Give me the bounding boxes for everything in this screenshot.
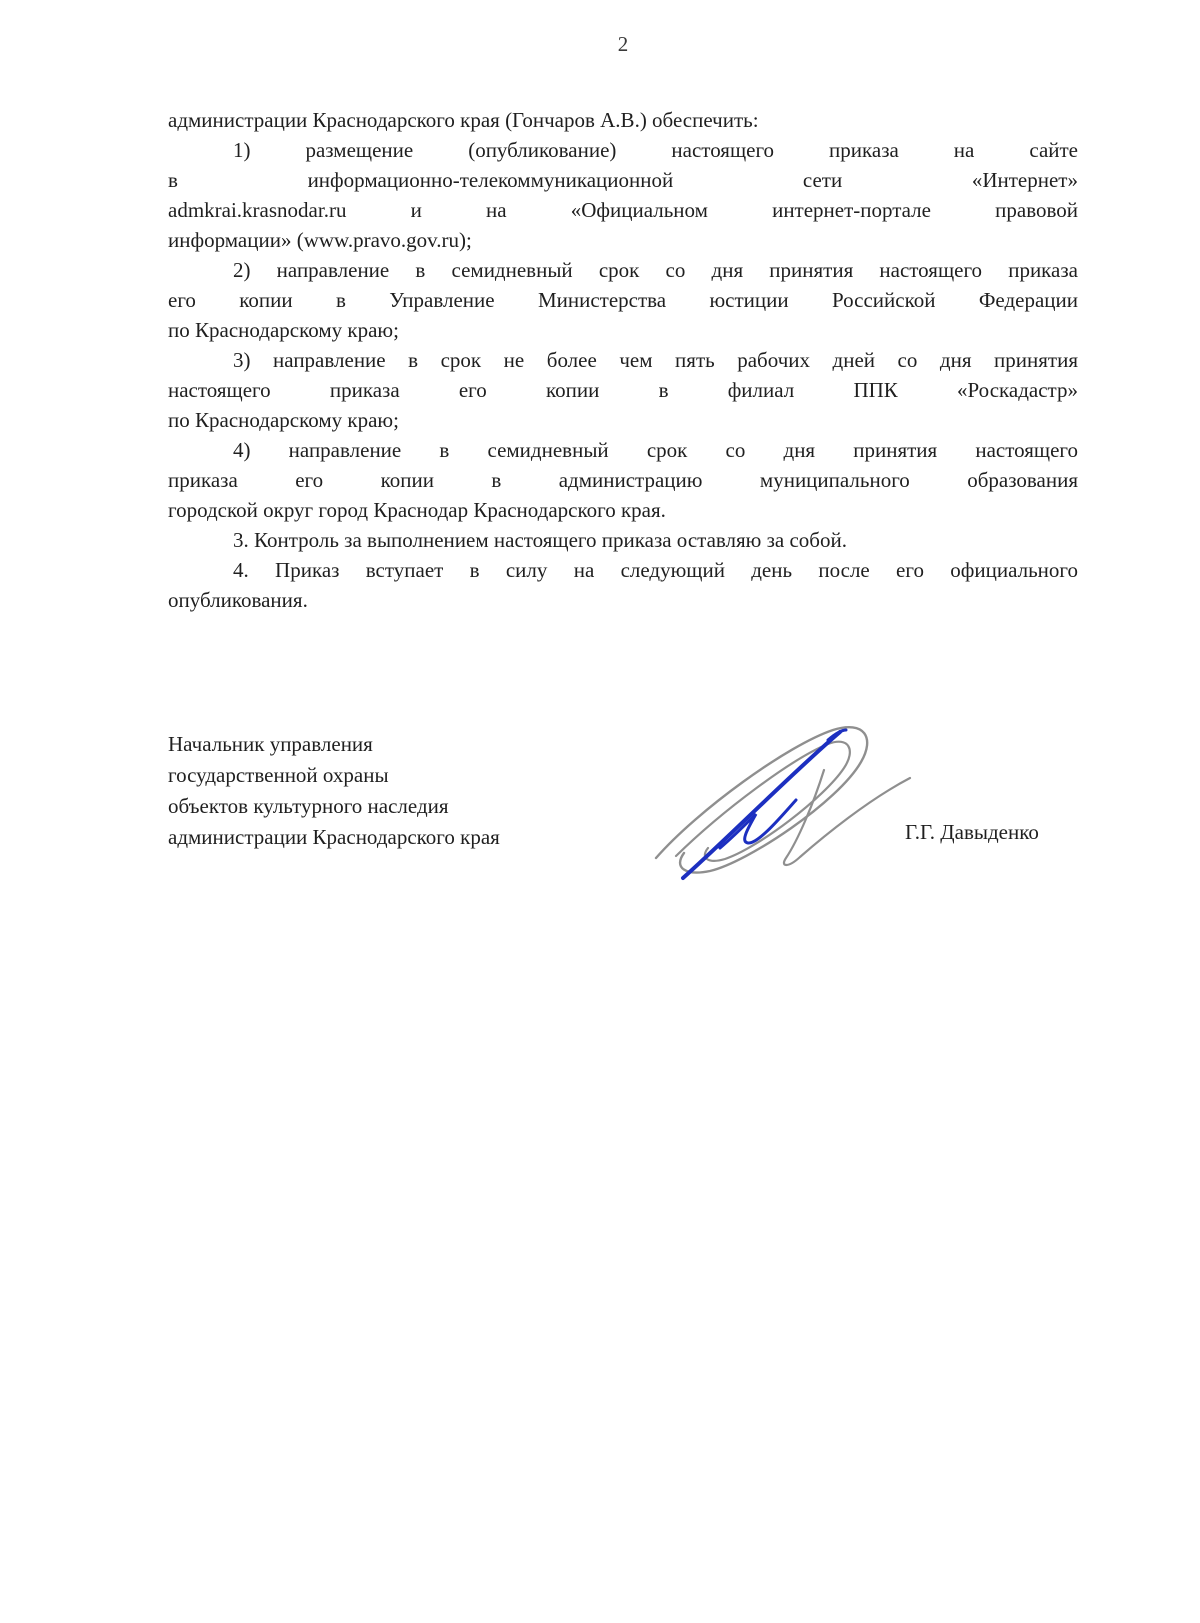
body-line: 3. Контроль за выполнением настоящего пр…: [168, 525, 1078, 555]
body-line: его копии в Управление Министерства юсти…: [168, 285, 1078, 315]
body-line: по Краснодарскому краю;: [168, 315, 1078, 345]
body-line: настоящего приказа его копии в филиал ПП…: [168, 375, 1078, 405]
body-line: 4. Приказ вступает в силу на следующий д…: [168, 555, 1078, 585]
body-line: администрации Краснодарского края (Гонча…: [168, 105, 1078, 135]
body-line: информации» (www.pravo.gov.ru);: [168, 225, 1078, 255]
body-line: городской округ город Краснодар Краснода…: [168, 495, 1078, 525]
body-line: 3) направление в срок не более чем пять …: [168, 345, 1078, 375]
document-page: 2 администрации Краснодарского края (Гон…: [0, 0, 1200, 1623]
signature-image: [628, 710, 918, 885]
body-line: приказа его копии в администрацию муници…: [168, 465, 1078, 495]
signatory-title-line: Начальник управления: [168, 729, 500, 760]
body-line: по Краснодарскому краю;: [168, 405, 1078, 435]
signature-stroke-blue-main: [683, 732, 840, 878]
document-body: администрации Краснодарского края (Гонча…: [168, 105, 1078, 615]
body-line: 4) направление в семидневный срок со дня…: [168, 435, 1078, 465]
body-line: в информационно-телекоммуникационной сет…: [168, 165, 1078, 195]
body-line: опубликования.: [168, 585, 1078, 615]
signatory-title-line: объектов культурного наследия: [168, 791, 500, 822]
body-line: admkrai.krasnodar.ru и на «Официальном и…: [168, 195, 1078, 225]
signature-stroke-gray-outer-loop: [656, 727, 867, 872]
signatory-name: Г.Г. Давыденко: [905, 820, 1039, 845]
body-line: 1) размещение (опубликование) настоящего…: [168, 135, 1078, 165]
signatory-title: Начальник управления государственной охр…: [168, 729, 500, 853]
page-number: 2: [168, 32, 1078, 57]
body-line: 2) направление в семидневный срок со дня…: [168, 255, 1078, 285]
signatory-title-line: государственной охраны: [168, 760, 500, 791]
signature-stroke-gray-tail: [784, 770, 910, 865]
signatory-title-line: администрации Краснодарского края: [168, 822, 500, 853]
